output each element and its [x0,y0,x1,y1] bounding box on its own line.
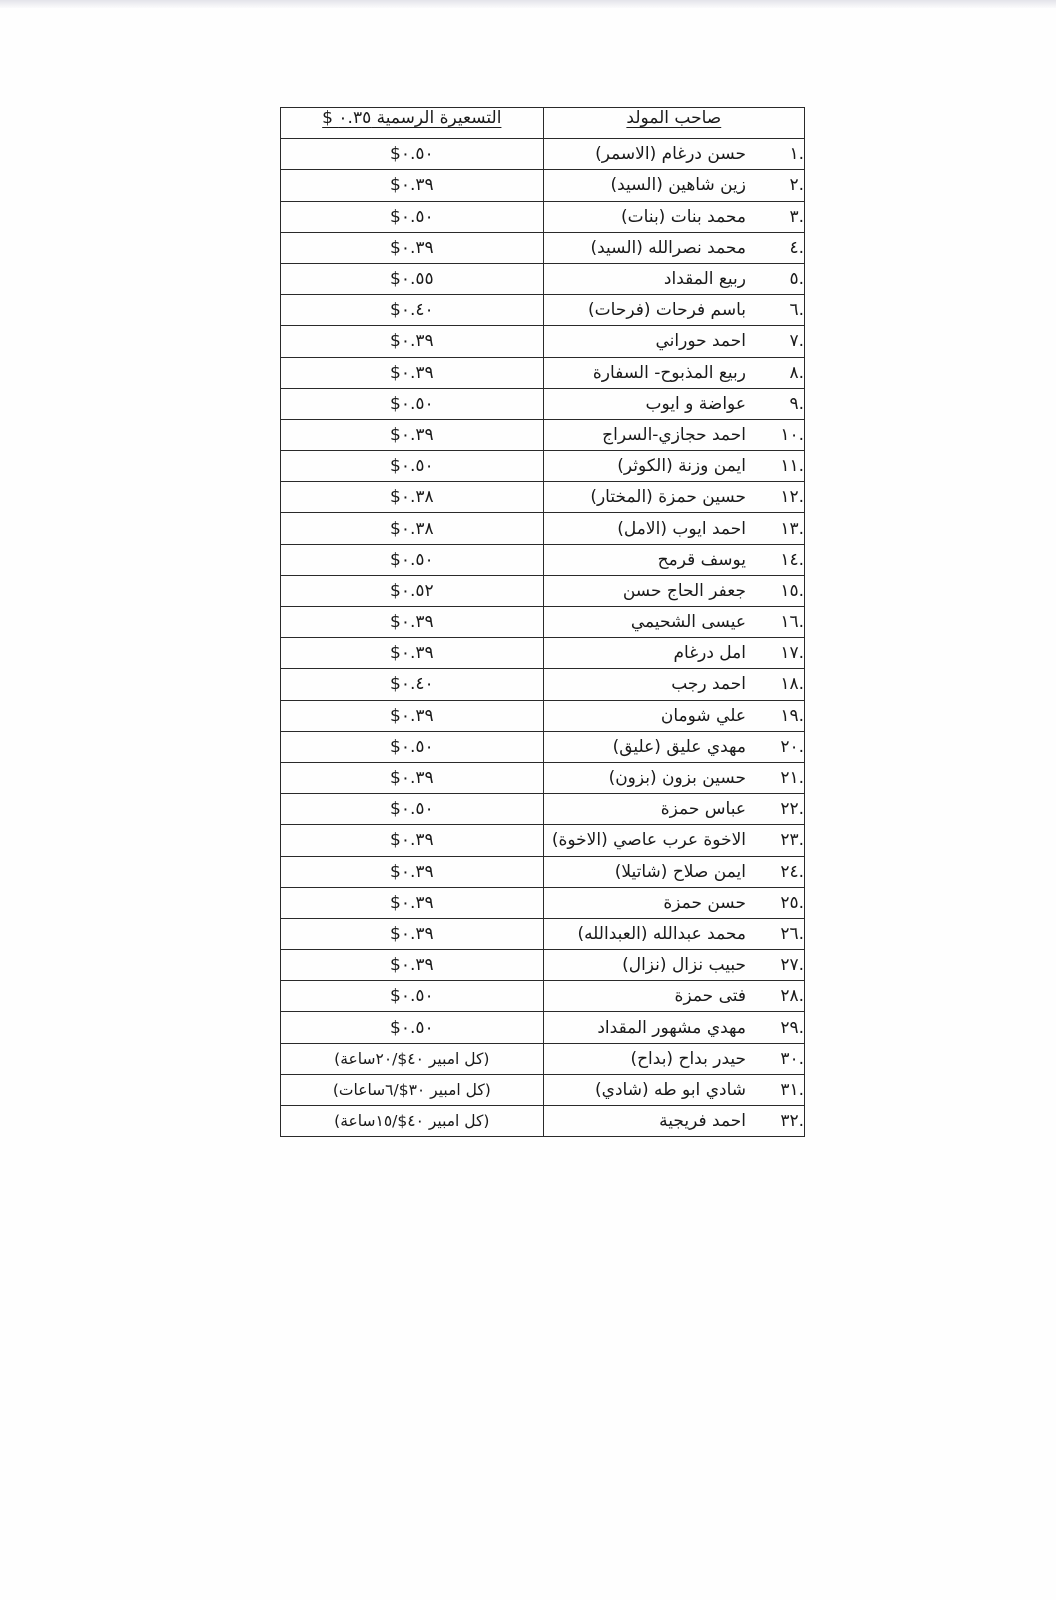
column-header-price: التسعيرة الرسمية ٠.٣٥ $ [281,108,543,139]
table-row: ٢.زين شاهين (السيد)$٠.٣٩ [281,170,804,201]
generator-owner-name: عواضة و ايوب [646,394,746,414]
generator-owner-name: ربيع المقداد [664,269,746,289]
price-cell: $٠.٣٩ [281,357,543,388]
row-number: ٣. [764,207,804,227]
owner-cell: ١٣.احمد ايوب (الامل) [543,513,804,544]
generator-owner-name: حسن حمزة [663,893,746,913]
row-number: ٢٩. [764,1018,804,1038]
price-note-cell: (كل امبير ٤٠$/٢٠ساعة) [281,1043,543,1074]
owner-cell: ١٧.امل درغام [543,638,804,669]
owner-cell: ١١.ايمن وزنة (الكوثر) [543,451,804,482]
row-number: ٢١. [764,768,804,788]
owner-cell: ٢٢.عباس حمزة [543,794,804,825]
table-row: ١٠.احمد حجازي-السراج$٠.٣٩ [281,419,804,450]
price-cell: $٠.٣٩ [281,638,543,669]
row-number: ١٢. [764,487,804,507]
table-row: ١٥.جعفر الحاج حسن$٠.٥٢ [281,575,804,606]
row-number: ٦. [764,300,804,320]
row-number: ١٧. [764,643,804,663]
row-number: ١١. [764,456,804,476]
table-row: ٢١.حسين بزون (بزون)$٠.٣٩ [281,762,804,793]
owner-cell: ٢٧.حبيب نزال (نزال) [543,950,804,981]
table-row: ١.حسن درغام (الاسمر)$٠.٥٠ [281,139,804,170]
price-cell: $٠.٣٩ [281,419,543,450]
table-row: ١١.ايمن وزنة (الكوثر)$٠.٥٠ [281,451,804,482]
owner-cell: ١.حسن درغام (الاسمر) [543,139,804,170]
row-number: ١٤. [764,550,804,570]
table-row: ٦.باسم فرحات (فرحات)$٠.٤٠ [281,295,804,326]
row-number: ١٥. [764,581,804,601]
owner-cell: ٢٦.محمد عبدالله (العبدالله) [543,918,804,949]
owner-cell: ٤.محمد نصرالله (السيد) [543,232,804,263]
price-cell: $٠.٣٩ [281,232,543,263]
owner-cell: ٦.باسم فرحات (فرحات) [543,295,804,326]
scan-edge [0,0,1056,8]
row-number: ٣٠. [764,1049,804,1069]
row-number: ٢. [764,175,804,195]
generator-owner-name: مهدي عليق (عليق) [613,737,746,757]
owner-cell: ٨.ربيع المذبوح- السفارة [543,357,804,388]
price-cell: $٠.٣٩ [281,170,543,201]
owner-cell: ١٨.احمد رجب [543,669,804,700]
price-cell: $٠.٥٠ [281,544,543,575]
owner-cell: ١٥.جعفر الحاج حسن [543,575,804,606]
price-cell: $٠.٥٠ [281,981,543,1012]
table-row: ٢٦.محمد عبدالله (العبدالله)$٠.٣٩ [281,918,804,949]
row-number: ٤. [764,238,804,258]
owner-cell: ٢٠.مهدي عليق (عليق) [543,731,804,762]
generator-owner-name: احمد رجب [671,674,746,694]
column-header-owner: صاحب المولد [543,108,804,139]
price-cell: $٠.٣٩ [281,918,543,949]
owner-cell: ٩.عواضة و ايوب [543,388,804,419]
generator-owner-name: محمد عبدالله (العبدالله) [577,924,746,944]
price-cell: $٠.٣٨ [281,513,543,544]
generator-owner-name: ربيع المذبوح- السفارة [593,363,746,383]
owner-cell: ٢٥.حسن حمزة [543,887,804,918]
row-number: ٢٤. [764,862,804,882]
row-number: ٢٧. [764,955,804,975]
generator-owner-name: جعفر الحاج حسن [623,581,746,601]
table-row: ٧.احمد حوراني$٠.٣٩ [281,326,804,357]
price-cell: $٠.٥٠ [281,794,543,825]
price-cell: $٠.٥٠ [281,731,543,762]
tariff-table: صاحب المولد التسعيرة الرسمية ٠.٣٥ $ ١.حس… [281,108,804,1136]
generator-owner-name: محمد بنات (بنات) [621,207,746,227]
table-row: ٣١.شادي ابو طه (شادي)(كل امبير ٣٠$/٦ساعا… [281,1074,804,1105]
table-body: ١.حسن درغام (الاسمر)$٠.٥٠٢.زين شاهين (ال… [281,139,804,1137]
owner-cell: ٢٤.ايمن صلاح (شاتيلا) [543,856,804,887]
generator-owner-name: حبيب نزال (نزال) [622,955,746,975]
table-row: ٢٩.مهدي مشهور المقداد$٠.٥٠ [281,1012,804,1043]
price-cell: $٠.٣٨ [281,482,543,513]
table-row: ١٢.حسين حمزة (المختار)$٠.٣٨ [281,482,804,513]
row-number: ١٨. [764,674,804,694]
price-cell: $٠.٣٩ [281,700,543,731]
generator-owner-name: عباس حمزة [661,799,746,819]
generator-owner-name: يوسف قرمح [658,550,746,570]
row-number: ٢٢. [764,799,804,819]
price-cell: $٠.٣٩ [281,856,543,887]
row-number: ٥. [764,269,804,289]
price-cell: $٠.٣٩ [281,950,543,981]
row-number: ١٦. [764,612,804,632]
generator-owner-name: شادي ابو طه (شادي) [595,1080,746,1100]
row-number: ٨. [764,363,804,383]
generator-owner-name: زين شاهين (السيد) [610,175,746,195]
price-cell: $٠.٤٠ [281,295,543,326]
owner-cell: ٧.احمد حوراني [543,326,804,357]
price-cell: $٠.٣٩ [281,887,543,918]
table-row: ١٧.امل درغام$٠.٣٩ [281,638,804,669]
table-row: ٢٨.فتى حمزة$٠.٥٠ [281,981,804,1012]
table-row: ٢٥.حسن حمزة$٠.٣٩ [281,887,804,918]
table-row: ٣٠.حيدر بداح (بداح)(كل امبير ٤٠$/٢٠ساعة) [281,1043,804,1074]
price-cell: $٠.٣٩ [281,762,543,793]
row-number: ١٣. [764,519,804,539]
table-row: ٢٣.الاخوة عرب عاصي (الاخوة)$٠.٣٩ [281,825,804,856]
owner-cell: ٢٨.فتى حمزة [543,981,804,1012]
table-row: ٥.ربيع المقداد$٠.٥٥ [281,263,804,294]
price-cell: $٠.٥٠ [281,139,543,170]
price-cell: $٠.٥٠ [281,451,543,482]
owner-cell: ١٢.حسين حمزة (المختار) [543,482,804,513]
table-row: ٢٠.مهدي عليق (عليق)$٠.٥٠ [281,731,804,762]
price-note-cell: (كل امبير ٣٠$/٦ساعات) [281,1074,543,1105]
table-row: ٢٧.حبيب نزال (نزال)$٠.٣٩ [281,950,804,981]
generator-owner-name: ايمن صلاح (شاتيلا) [615,862,746,882]
table-row: ٣٢.احمد فريجية(كل امبير ٤٠$/١٥ساعة) [281,1106,804,1137]
tariff-table-container: صاحب المولد التسعيرة الرسمية ٠.٣٥ $ ١.حس… [280,107,805,1137]
price-cell: $٠.٣٩ [281,607,543,638]
generator-owner-name: احمد حوراني [655,331,746,351]
row-number: ٢٣. [764,830,804,850]
row-number: ٣١. [764,1080,804,1100]
generator-owner-name: محمد نصرالله (السيد) [590,238,746,258]
row-number: ٧. [764,331,804,351]
owner-cell: ٢٣.الاخوة عرب عاصي (الاخوة) [543,825,804,856]
row-number: ٢٥. [764,893,804,913]
owner-cell: ١٦.عيسى الشحيمي [543,607,804,638]
owner-cell: ٢.زين شاهين (السيد) [543,170,804,201]
owner-cell: ٢١.حسين بزون (بزون) [543,762,804,793]
price-cell: $٠.٥٢ [281,575,543,606]
owner-cell: ١٩.علي شومان [543,700,804,731]
owner-cell: ٣٠.حيدر بداح (بداح) [543,1043,804,1074]
generator-owner-name: حيدر بداح (بداح) [630,1049,746,1069]
price-note-cell: (كل امبير ٤٠$/١٥ساعة) [281,1106,543,1137]
price-cell: $٠.٥٠ [281,1012,543,1043]
owner-cell: ٥.ربيع المقداد [543,263,804,294]
generator-owner-name: مهدي مشهور المقداد [597,1018,746,1038]
generator-owner-name: حسن درغام (الاسمر) [595,144,746,164]
generator-owner-name: حسين بزون (بزون) [609,768,746,788]
table-row: ١٣.احمد ايوب (الامل)$٠.٣٨ [281,513,804,544]
price-cell: $٠.٥٠ [281,201,543,232]
owner-cell: ٣.محمد بنات (بنات) [543,201,804,232]
owner-cell: ٣١.شادي ابو طه (شادي) [543,1074,804,1105]
table-row: ١٤.يوسف قرمح$٠.٥٠ [281,544,804,575]
generator-owner-name: ايمن وزنة (الكوثر) [617,456,746,476]
row-number: ١٩. [764,706,804,726]
row-number: ١٠. [764,425,804,445]
table-header-row: صاحب المولد التسعيرة الرسمية ٠.٣٥ $ [281,108,804,139]
row-number: ٢٨. [764,986,804,1006]
row-number: ٩. [764,394,804,414]
generator-owner-name: علي شومان [661,706,746,726]
table-row: ٩.عواضة و ايوب$٠.٥٠ [281,388,804,419]
generator-owner-name: امل درغام [674,643,746,663]
table-row: ١٩.علي شومان$٠.٣٩ [281,700,804,731]
owner-cell: ٢٩.مهدي مشهور المقداد [543,1012,804,1043]
generator-owner-name: احمد ايوب (الامل) [617,519,746,539]
price-cell: $٠.٥٠ [281,388,543,419]
generator-owner-name: فتى حمزة [675,986,746,1006]
generator-owner-name: حسين حمزة (المختار) [590,487,746,507]
price-cell: $٠.٣٩ [281,825,543,856]
table-row: ٤.محمد نصرالله (السيد)$٠.٣٩ [281,232,804,263]
owner-cell: ١٤.يوسف قرمح [543,544,804,575]
price-cell: $٠.٣٩ [281,326,543,357]
table-row: ٣.محمد بنات (بنات)$٠.٥٠ [281,201,804,232]
generator-owner-name: باسم فرحات (فرحات) [588,300,746,320]
row-number: ١. [764,144,804,164]
row-number: ٢٦. [764,924,804,944]
generator-owner-name: احمد حجازي-السراج [602,425,746,445]
owner-cell: ١٠.احمد حجازي-السراج [543,419,804,450]
price-cell: $٠.٤٠ [281,669,543,700]
table-row: ١٦.عيسى الشحيمي$٠.٣٩ [281,607,804,638]
table-row: ١٨.احمد رجب$٠.٤٠ [281,669,804,700]
generator-owner-name: احمد فريجية [659,1111,746,1131]
row-number: ٢٠. [764,737,804,757]
owner-cell: ٣٢.احمد فريجية [543,1106,804,1137]
generator-owner-name: الاخوة عرب عاصي (الاخوة) [552,830,746,850]
price-cell: $٠.٥٥ [281,263,543,294]
table-row: ٨.ربيع المذبوح- السفارة$٠.٣٩ [281,357,804,388]
table-row: ٢٤.ايمن صلاح (شاتيلا)$٠.٣٩ [281,856,804,887]
table-row: ٢٢.عباس حمزة$٠.٥٠ [281,794,804,825]
row-number: ٣٢. [764,1111,804,1131]
generator-owner-name: عيسى الشحيمي [631,612,746,632]
